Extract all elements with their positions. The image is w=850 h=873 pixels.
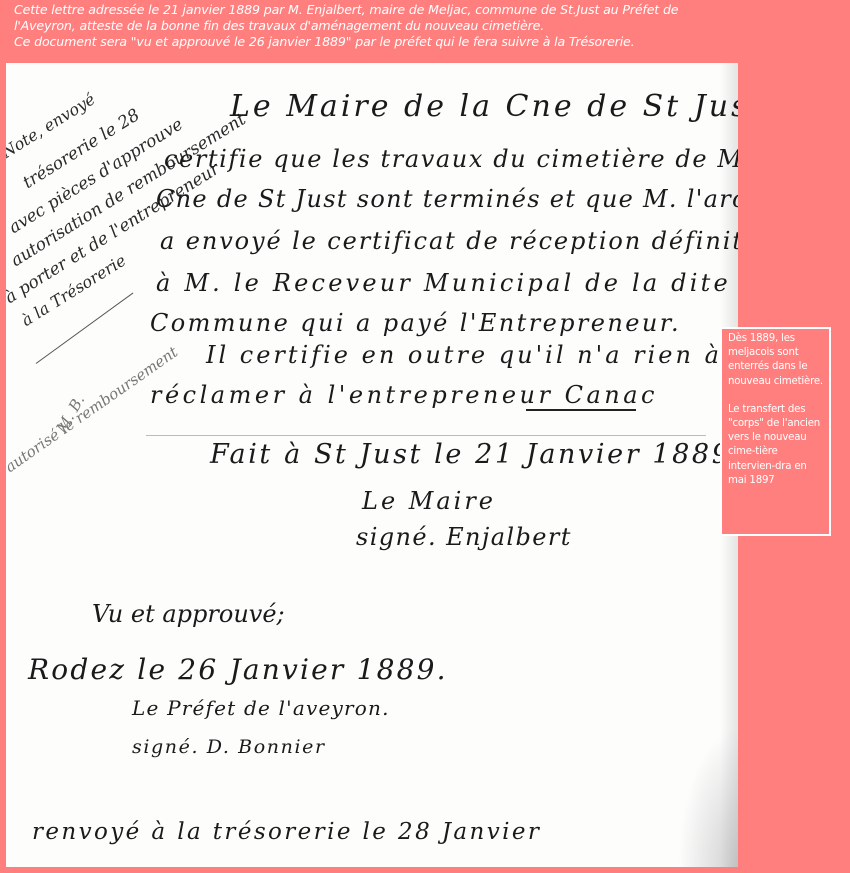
faint-rule <box>146 435 706 436</box>
letter-date-line: Fait à St Just le 21 Janvier 1889 <box>210 439 732 470</box>
caption-line-2: l'Aveyron, atteste de la bonne fin des t… <box>14 18 844 34</box>
caption-line-1: Cette lettre adressée le 21 janvier 1889… <box>14 2 844 18</box>
sidenote-paragraph-1: Dès 1889, les meljacois sont enterrés da… <box>728 332 826 389</box>
approval-signature: signé. D. Bonnier <box>132 736 326 758</box>
letter-line: réclamer à l'entrepreneur Canac <box>150 381 658 409</box>
approval-date: Rodez le 26 Janvier 1889. <box>28 653 448 686</box>
caption-block: Cette lettre adressée le 21 janvier 1889… <box>14 2 844 50</box>
letter-line: Cne de St Just sont terminés et que M. l… <box>156 185 738 213</box>
letter-line: Commune qui a payé l'Entrepreneur. <box>150 309 681 337</box>
sidenote-box: Dès 1889, les meljacois sont enterrés da… <box>720 327 831 536</box>
approval-line: Vu et approuvé; <box>92 600 285 628</box>
letter-line: certifie que les travaux du cimetière de… <box>164 145 738 173</box>
letter-line: Il certifie en outre qu'il n'a rien à <box>206 341 722 369</box>
scanned-letter: Note, envoyé trésorerie le 28 avec pièce… <box>6 63 738 867</box>
paper-corner-shadow <box>678 727 738 867</box>
approval-footer: renvoyé à la trésorerie le 28 Janvier <box>32 819 541 845</box>
letter-line: a envoyé le certificat de réception défi… <box>160 227 738 255</box>
letter-line: à M. le Receveur Municipal de la dite <box>156 269 731 297</box>
margin-note-lower: autorisé le remboursement <box>6 343 181 476</box>
caption-line-3: Ce document sera "vu et approuvé le 26 j… <box>14 34 844 50</box>
letter-heading: Le Maire de la Cne de St Just <box>230 89 738 124</box>
line-end-stroke <box>526 409 636 411</box>
approval-prefect: Le Préfet de l'aveyron. <box>132 696 390 720</box>
letter-signature: signé. Enjalbert <box>356 523 572 551</box>
sidenote-paragraph-2: Le transfert des "corps" de l'ancien ver… <box>728 403 826 488</box>
letter-signature-title: Le Maire <box>362 487 496 515</box>
